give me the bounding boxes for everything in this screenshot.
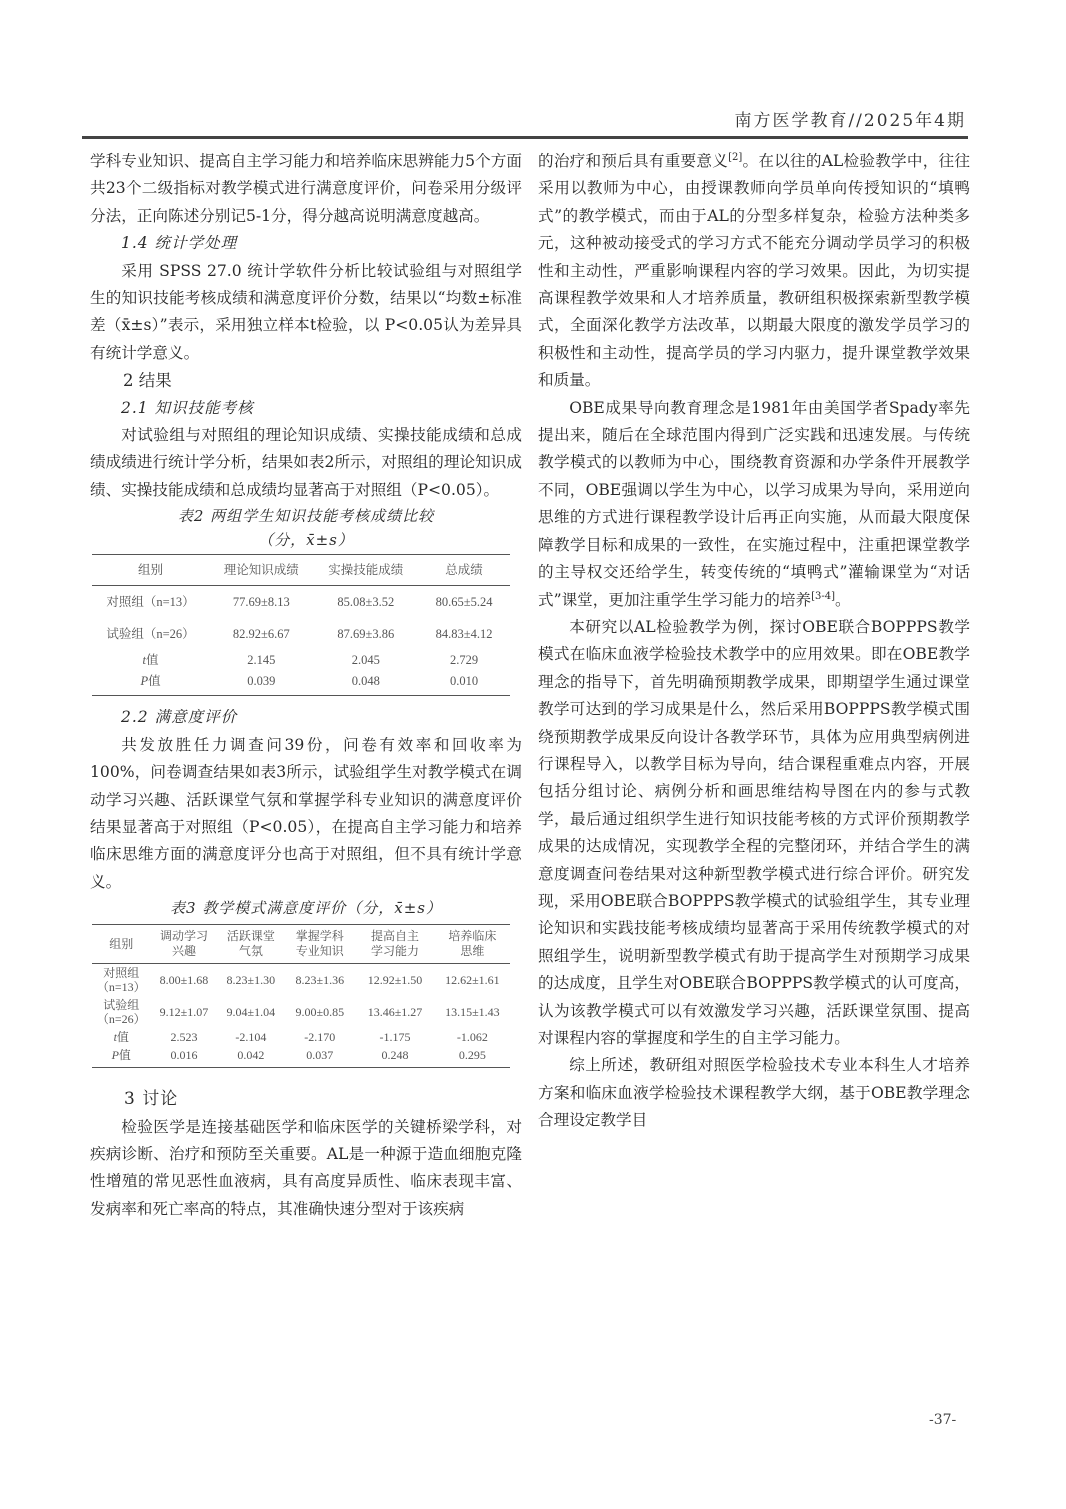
table-cell: 8.00±1.68 <box>151 964 218 997</box>
group-n: （n=13） <box>97 980 146 994</box>
table3-header: 掌握学科专业知识 <box>284 925 355 964</box>
table-cell: 13.15±1.43 <box>435 996 510 1028</box>
table-cell: 82.92±6.67 <box>209 618 314 650</box>
table-cell: 2.145 <box>209 650 314 671</box>
header-line: 活跃课堂 <box>227 929 275 943</box>
table-cell: 9.12±1.07 <box>151 996 218 1028</box>
paragraph-study: 本研究以AL检验教学为例，探讨OBE联合BOPPPS教学模式在临床血液学检验技术… <box>538 614 970 1053</box>
table-cell: 84.83±4.12 <box>418 618 510 650</box>
paragraph-conclusion: 综上所述，教研组对照医学检验技术专业本科生人才培养方案和临床血液学检验技术课程教… <box>538 1052 970 1134</box>
table-row-t-value: t值 2.523 -2.104 -2.170 -1.175 -1.062 <box>92 1028 510 1046</box>
table2-header-row: 组别 理论知识成绩 实操技能成绩 总成绩 <box>92 555 510 586</box>
paragraph-knowledge-skills: 对试验组与对照组的理论知识成绩、实操技能成绩和总成绩成绩进行统计学分析，结果如表… <box>90 422 522 504</box>
table-cell: 9.04±1.04 <box>217 996 284 1028</box>
table2-caption-unit: （分，x̄±s） <box>90 528 522 552</box>
table3-header: 提高自主学习能力 <box>355 925 434 964</box>
table-cell: 13.46±1.27 <box>355 996 434 1028</box>
table-cell: 12.62±1.61 <box>435 964 510 997</box>
text-span: 的治疗和预后具有重要意义 <box>538 152 728 170</box>
p-label-var: P <box>112 1048 119 1062</box>
table-cell: 0.048 <box>314 671 419 696</box>
citation-ref: [2] <box>728 152 742 163</box>
running-header: 南方医学教育//2025年4期 <box>82 106 968 139</box>
table-cell: 0.248 <box>355 1046 434 1068</box>
table-row: 对照组（n=13） 8.00±1.68 8.23±1.30 8.23±1.36 … <box>92 964 510 997</box>
table-cell: 2.523 <box>151 1028 218 1046</box>
p-label-suffix: 值 <box>148 674 161 688</box>
table-cell: P值 <box>92 671 209 696</box>
paragraph-continued: 学科专业知识、提高自主学习能力和培养临床思辨能力5个方面共23个二级指标对教学模… <box>90 148 522 230</box>
table-row: 试验组（n=26） 9.12±1.07 9.04±1.04 9.00±0.85 … <box>92 996 510 1028</box>
section-heading-2-2: 2.2 满意度评价 <box>90 704 522 731</box>
header-line: 兴趣 <box>172 944 196 958</box>
paragraph-satisfaction: 共发放胜任力调查问39份，问卷有效率和回收率为100%，问卷调查结果如表3所示，… <box>90 732 522 896</box>
table-cell: t值 <box>92 650 209 671</box>
group-n: （n=26） <box>97 1012 146 1026</box>
table-cell: -1.062 <box>435 1028 510 1046</box>
header-line: 专业知识 <box>296 944 344 958</box>
table-cell: 0.042 <box>217 1046 284 1068</box>
table-row: 试验组（n=26） 82.92±6.67 87.69±3.86 84.83±4.… <box>92 618 510 650</box>
table-cell: 试验组（n=26） <box>92 996 151 1028</box>
paragraph-discussion: 检验医学是连接基础医学和临床医学的关键桥梁学科，对疾病诊断、治疗和预防至关重要。… <box>90 1114 522 1224</box>
table-cell: 对照组（n=13） <box>92 964 151 997</box>
table2-caption: 表2 两组学生知识技能考核成绩比较 （分，x̄±s） <box>90 504 522 552</box>
section-heading-results: 2 结果 <box>90 367 522 394</box>
table-cell: 2.045 <box>314 650 419 671</box>
p-label-var: P <box>140 674 148 688</box>
t-label-suffix: 值 <box>146 653 159 667</box>
table3-header: 组别 <box>92 925 151 964</box>
table3-header: 调动学习兴趣 <box>151 925 218 964</box>
section-heading-2-1: 2.1 知识技能考核 <box>90 395 522 422</box>
table-cell: t值 <box>92 1028 151 1046</box>
table-row-p-value: P值 0.016 0.042 0.037 0.248 0.295 <box>92 1046 510 1068</box>
paragraph-obe: OBE成果导向教育理念是1981年由美国学者Spady率先提出来，随后在全球范围… <box>538 395 970 614</box>
header-line: 调动学习 <box>160 929 208 943</box>
p-label-suffix: 值 <box>119 1048 131 1062</box>
table2-header: 理论知识成绩 <box>209 555 314 586</box>
table-cell: 8.23±1.30 <box>217 964 284 997</box>
table-cell: 12.92±1.50 <box>355 964 434 997</box>
table-cell: 87.69±3.86 <box>314 618 419 650</box>
table-row: 对照组（n=13） 77.69±8.13 85.08±3.52 80.65±5.… <box>92 586 510 619</box>
table-cell: 0.016 <box>151 1046 218 1068</box>
left-column: 学科专业知识、提高自主学习能力和培养临床思辨能力5个方面共23个二级指标对教学模… <box>90 148 522 1223</box>
text-span: 。在以往的AL检验教学中，往往采用以教师为中心，由授课教师向学员单向传授知识的“… <box>538 152 970 389</box>
paragraph-al-teaching: 的治疗和预后具有重要意义[2]。在以往的AL检验教学中，往往采用以教师为中心，由… <box>538 148 970 395</box>
table-cell: -1.175 <box>355 1028 434 1046</box>
table2: 组别 理论知识成绩 实操技能成绩 总成绩 对照组（n=13） 77.69±8.1… <box>92 554 510 696</box>
section-heading-discussion: 3 讨论 <box>90 1080 522 1113</box>
table3-header-row: 组别 调动学习兴趣 活跃课堂气氛 掌握学科专业知识 提高自主学习能力 培养临床思… <box>92 925 510 964</box>
header-line: 思维 <box>460 944 484 958</box>
table3-header: 培养临床思维 <box>435 925 510 964</box>
header-line: 提高自主 <box>371 929 419 943</box>
page-number: -37- <box>929 1412 956 1428</box>
table2-header: 组别 <box>92 555 209 586</box>
header-line: 气氛 <box>239 944 263 958</box>
table3-header: 活跃课堂气氛 <box>217 925 284 964</box>
group-name: 试验组 <box>103 998 139 1012</box>
table3-caption: 表3 教学模式满意度评价（分，x̄±s） <box>90 896 522 920</box>
header-line: 掌握学科 <box>296 929 344 943</box>
table-row-p-value: P值 0.039 0.048 0.010 <box>92 671 510 696</box>
table-cell: 77.69±8.13 <box>209 586 314 619</box>
section-heading-1-4: 1.4 统计学处理 <box>90 230 522 257</box>
table-cell: P值 <box>92 1046 151 1068</box>
citation-ref: [3-4] <box>811 591 835 602</box>
table-cell: 对照组（n=13） <box>92 586 209 619</box>
table-cell: -2.104 <box>217 1028 284 1046</box>
table2-header: 实操技能成绩 <box>314 555 419 586</box>
text-span: OBE成果导向教育理念是1981年由美国学者Spady率先提出来，随后在全球范围… <box>538 399 970 609</box>
table-cell: 8.23±1.36 <box>284 964 355 997</box>
table-cell: 2.729 <box>418 650 510 671</box>
header-line: 学习能力 <box>371 944 419 958</box>
table-cell: 9.00±0.85 <box>284 996 355 1028</box>
table-row-t-value: t值 2.145 2.045 2.729 <box>92 650 510 671</box>
table-cell: 试验组（n=26） <box>92 618 209 650</box>
table-cell: 0.010 <box>418 671 510 696</box>
group-name: 对照组 <box>103 966 139 980</box>
journal-title: 南方医学教育//2025年4期 <box>734 106 966 131</box>
paragraph-statistics: 采用 SPSS 27.0 统计学软件分析比较试验组与对照组学生的知识技能考核成绩… <box>90 258 522 368</box>
table3: 组别 调动学习兴趣 活跃课堂气氛 掌握学科专业知识 提高自主学习能力 培养临床思… <box>92 924 510 1068</box>
table2-caption-title: 表2 两组学生知识技能考核成绩比较 <box>90 504 522 528</box>
table-cell: 0.037 <box>284 1046 355 1068</box>
t-label-suffix: 值 <box>117 1030 129 1044</box>
table-cell: 0.039 <box>209 671 314 696</box>
table2-header: 总成绩 <box>418 555 510 586</box>
table-cell: 0.295 <box>435 1046 510 1068</box>
text-span: 。 <box>835 591 851 609</box>
right-column: 的治疗和预后具有重要意义[2]。在以往的AL检验教学中，往往采用以教师为中心，由… <box>538 148 970 1135</box>
table-cell: 85.08±3.52 <box>314 586 419 619</box>
header-line: 培养临床 <box>448 929 496 943</box>
table-cell: -2.170 <box>284 1028 355 1046</box>
table-cell: 80.65±5.24 <box>418 586 510 619</box>
